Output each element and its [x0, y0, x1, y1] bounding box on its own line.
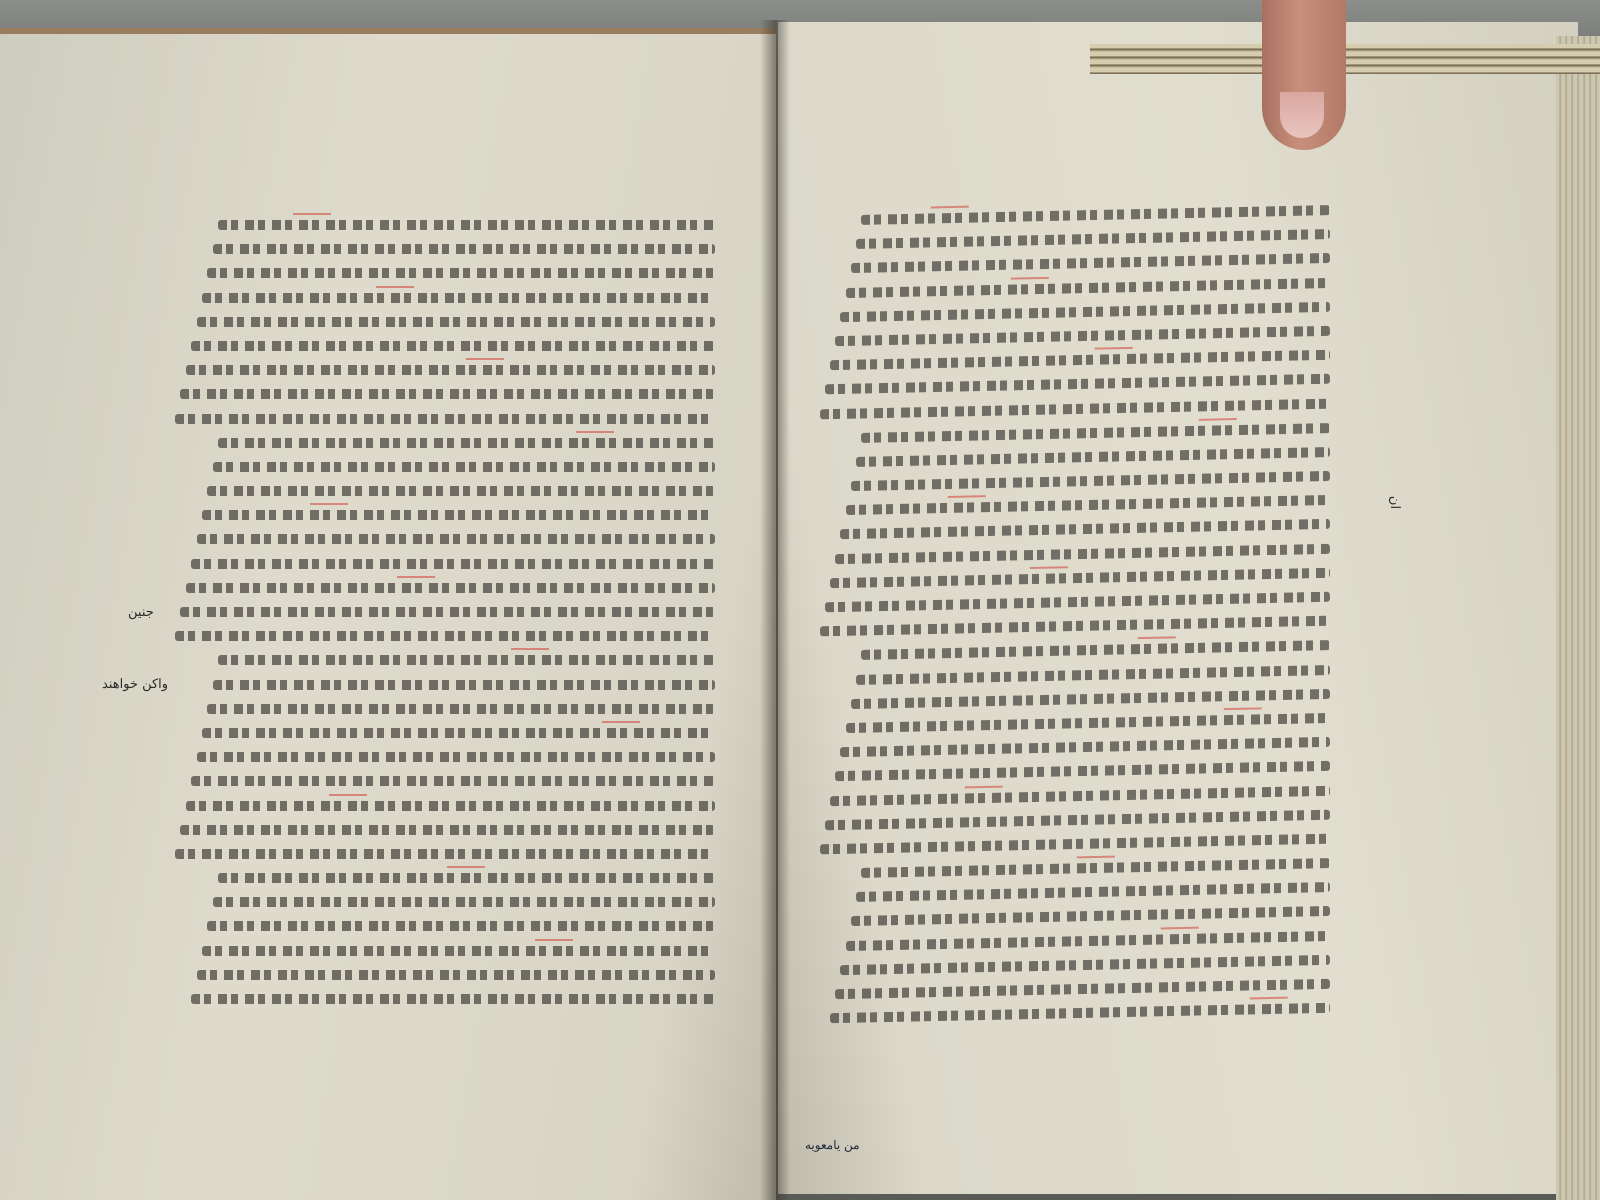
manuscript-line: [202, 946, 715, 956]
manuscript-line: [202, 293, 715, 303]
manuscript-line: [202, 510, 715, 520]
rubric-mark: [1250, 997, 1288, 1000]
rubric-mark: [293, 213, 331, 215]
manuscript-line: [218, 220, 715, 230]
manuscript-line: [207, 268, 715, 278]
manuscript-line: [197, 534, 715, 544]
manuscript-line: [825, 374, 1330, 395]
manuscript-line: [191, 994, 715, 1004]
manuscript-line: [175, 631, 715, 641]
manuscript-line: [820, 398, 1330, 419]
manuscript-line: [840, 737, 1330, 757]
manuscript-line: [856, 882, 1330, 902]
rubric-mark: [1010, 276, 1048, 279]
rubric-mark: [1160, 926, 1198, 929]
manuscript-line: [861, 640, 1330, 660]
manuscript-line: [835, 543, 1330, 563]
manuscript-line: [845, 713, 1330, 733]
manuscript-line: [186, 583, 715, 593]
manuscript-line: [180, 607, 715, 617]
manuscript-line: [213, 897, 715, 907]
page-edges: [1556, 36, 1600, 1200]
book-spine: [760, 20, 790, 1200]
manuscript-line: [213, 462, 715, 472]
manuscript-line: [207, 704, 715, 714]
manuscript-line: [856, 665, 1330, 685]
manuscript-line: [191, 341, 715, 351]
manuscript-line: [830, 568, 1330, 588]
manuscript-line: [830, 1003, 1330, 1023]
rubric-mark: [376, 286, 414, 288]
manuscript-line: [830, 785, 1330, 805]
manuscript-line: [830, 350, 1330, 370]
manuscript-line: [820, 616, 1330, 637]
manuscript-line: [851, 471, 1330, 491]
manuscript-line: [197, 317, 715, 327]
manuscript-line: [845, 495, 1330, 515]
manuscript-line: [845, 277, 1330, 297]
rubric-mark: [329, 794, 367, 796]
rubric-mark: [576, 431, 614, 433]
manuscript-line: [191, 559, 715, 569]
manuscript-line: [213, 680, 715, 690]
manuscript-line: [851, 253, 1330, 273]
left-text-block: [175, 220, 715, 1018]
manuscript-line: [835, 761, 1330, 781]
rubric-mark: [947, 495, 985, 498]
manuscript-line: [186, 801, 715, 811]
rubric-mark: [511, 648, 549, 650]
manuscript-line: [840, 955, 1330, 975]
manuscript-line: [825, 809, 1330, 830]
manuscript-line: [207, 921, 715, 931]
rubric-mark: [602, 721, 640, 723]
catchword: من يامعويه: [805, 1138, 860, 1152]
finger: [1262, 0, 1346, 150]
manuscript-line: [207, 486, 715, 496]
manuscript-line: [197, 970, 715, 980]
manuscript-line: [180, 389, 715, 399]
margin-note: ان: [1387, 496, 1402, 509]
manuscript-line: [191, 776, 715, 786]
manuscript-line: [851, 906, 1330, 926]
manuscript-line: [835, 326, 1330, 346]
manuscript-line: [840, 302, 1330, 322]
margin-note: واكن خواهند: [102, 677, 168, 692]
manuscript-line: [825, 592, 1330, 613]
rubric-mark: [1137, 637, 1175, 640]
manuscript-line: [218, 438, 715, 448]
rubric-mark: [965, 785, 1003, 788]
rubric-mark: [1095, 347, 1133, 350]
manuscript-line: [218, 655, 715, 665]
manuscript-line: [213, 244, 715, 254]
manuscript-line: [861, 423, 1330, 443]
rubric-mark: [310, 503, 348, 505]
manuscript-line: [840, 519, 1330, 539]
rubric-mark: [1223, 707, 1261, 710]
rubric-mark: [535, 939, 573, 941]
manuscript-line: [186, 365, 715, 375]
manuscript-line: [861, 858, 1330, 878]
right-text-block: [820, 210, 1330, 1032]
manuscript-line: [175, 414, 715, 424]
margin-note: جنين: [128, 605, 154, 620]
rubric-mark: [466, 358, 504, 360]
manuscript-line: [820, 834, 1330, 855]
manuscript-line: [851, 689, 1330, 709]
manuscript-line: [197, 752, 715, 762]
manuscript-line: [856, 229, 1330, 249]
manuscript-line: [180, 825, 715, 835]
manuscript-line: [845, 931, 1330, 951]
manuscript-line: [856, 447, 1330, 467]
manuscript-line: [835, 979, 1330, 999]
fingernail: [1280, 92, 1324, 138]
rubric-mark: [1076, 856, 1114, 859]
manuscript-line: [202, 728, 715, 738]
manuscript-line: [218, 873, 715, 883]
rubric-mark: [447, 866, 485, 868]
rubric-mark: [397, 576, 435, 578]
manuscript-line: [175, 849, 715, 859]
rubric-mark: [1030, 566, 1068, 569]
rubric-mark: [1198, 418, 1236, 421]
